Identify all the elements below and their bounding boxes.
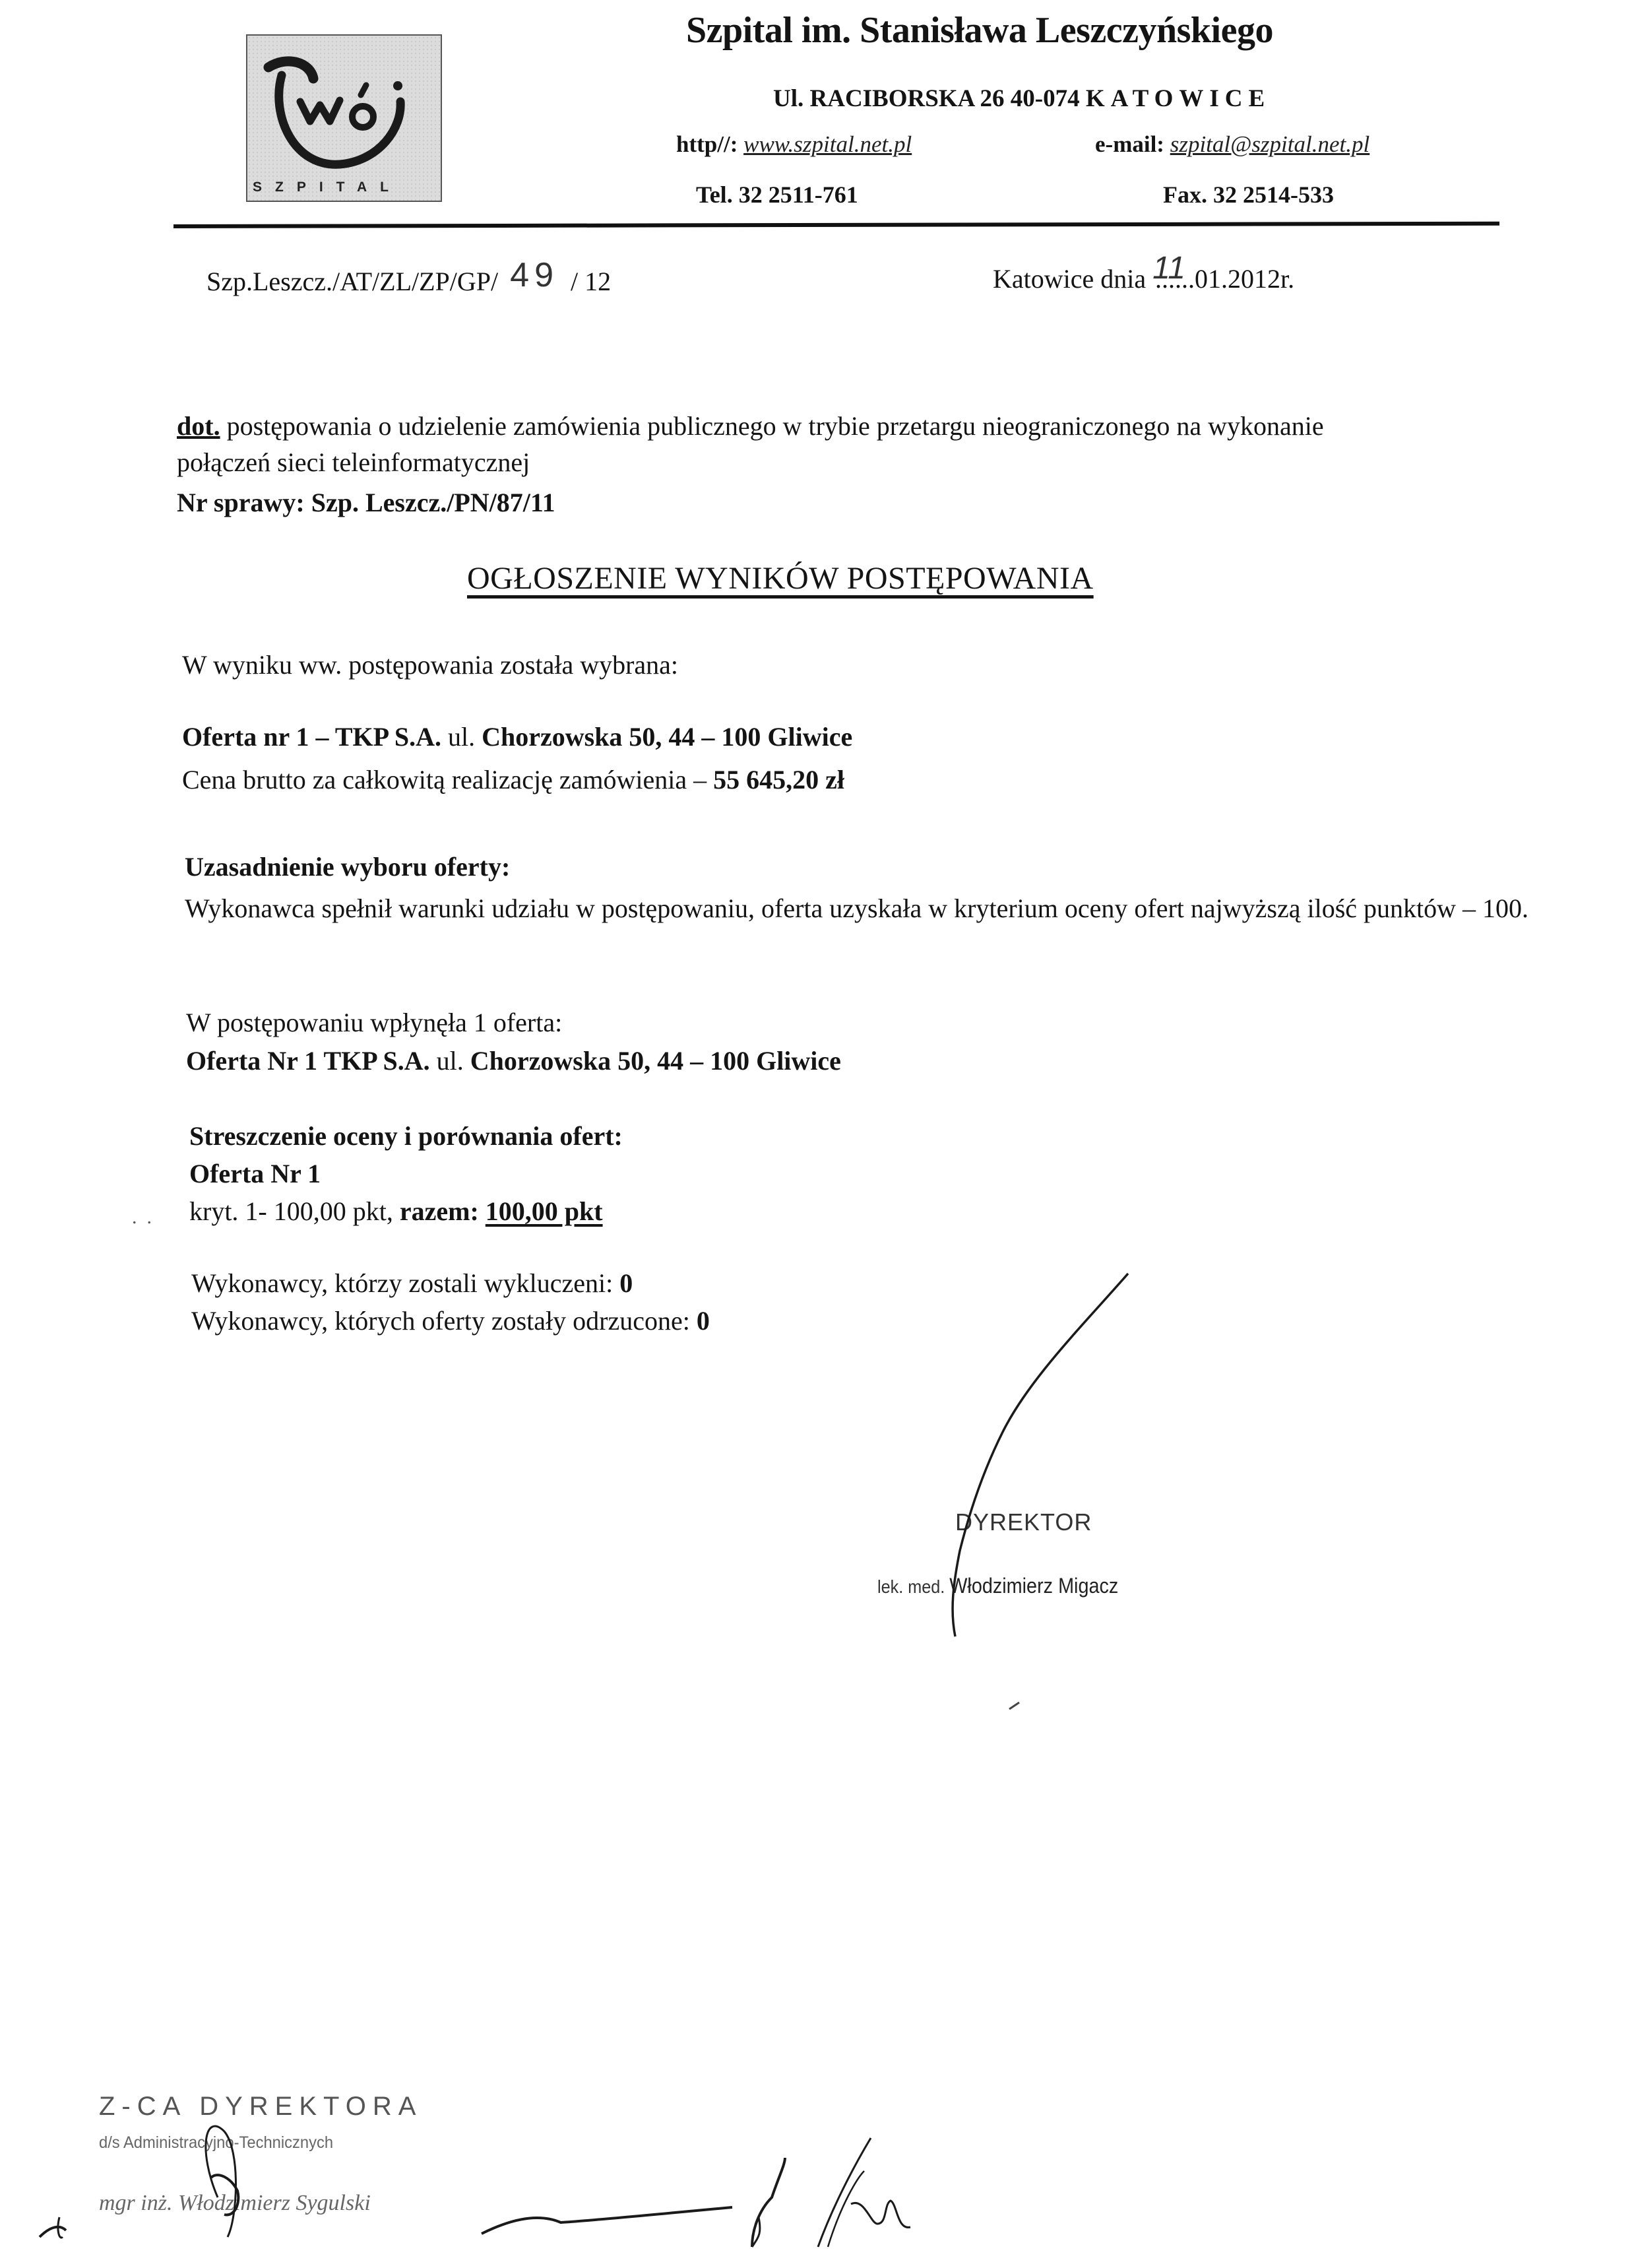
received-offer-street-prefix: ul. [437,1046,470,1076]
website-link[interactable]: www.szpital.net.pl [743,131,912,157]
subject-label: dot. [177,411,220,441]
result-intro: W wyniku ww. postępowania została wybran… [182,649,678,681]
document-date: Katowice dnia 11......01.2012r. [993,259,1294,296]
excluded-count: 0 [619,1268,633,1298]
selected-offer-name: Oferta nr 1 – TKP S.A. [182,722,448,752]
subject-text: postępowania o udzielenie zamówienia pub… [220,411,1324,441]
justification-text: Wykonawca spełnił warunki udziału w post… [185,888,1560,928]
received-offers-intro: W postępowaniu wpłynęła 1 oferta: [186,1007,562,1039]
price-label: Cena brutto za całkowitą realizację zamó… [182,765,713,794]
hospital-email: e-mail: szpital@szpital.net.pl [1095,131,1369,158]
hospital-address: Ul. RACIBORSKA 26 40-074 KATOWICE [773,84,1271,113]
summary-score: kryt. 1- 100,00 pkt, razem: 100,00 pkt [189,1196,603,1227]
subject-line-2: połączeń sieci teleinformatycznej [177,447,530,478]
total-value: 100,00 pkt [486,1196,603,1226]
rejected-label: Wykonawcy, których oferty zostały odrzuc… [191,1306,697,1336]
email-link[interactable]: szpital@szpital.net.pl [1170,131,1370,157]
deputy-stamp-title: Z-CA DYREKTORA [99,2092,422,2122]
case-number: Nr sprawy: Szp. Leszcz./PN/87/11 [177,487,555,519]
hospital-name: Szpital im. Stanisława Leszczyńskiego [686,9,1273,51]
date-prefix: Katowice dnia [993,264,1152,294]
selected-offer: Oferta nr 1 – TKP S.A. ul. Chorzowska 50… [182,721,852,753]
offer-price: Cena brutto za całkowitą realizację zamó… [182,764,844,796]
summary-heading: Streszczenie oceny i porównania ofert: [189,1120,623,1152]
excluded-contractors: Wykonawcy, którzy zostali wykluczeni: 0 [191,1268,633,1299]
deputy-stamp-department: d/s Administracyjno-Technicznych [99,2133,333,2153]
reference-number: Szp.Leszcz./AT/ZL/ZP/GP/49/ 12 [206,259,611,299]
handwritten-reference-number: 49 [510,256,559,294]
twoj-szpital-smile-icon [247,36,441,174]
justification-heading: Uzasadnienie wyboru oferty: [185,851,510,883]
website-label: http//: [676,131,743,157]
address-street: Ul. RACIBORSKA 26 40-074 [773,85,1086,112]
hospital-website: http//: www.szpital.net.pl [676,131,912,158]
hospital-logo: SZPITAL [246,34,442,202]
reference-suffix: / 12 [571,267,611,296]
address-city: KATOWICE [1086,85,1271,112]
total-label: razem: [400,1196,486,1226]
director-stamp-title: DYREKTOR [955,1508,1092,1536]
date-suffix: 01.2012r. [1195,264,1294,294]
email-label: e-mail: [1095,131,1170,157]
logo-wordmark: SZPITAL [253,179,435,195]
received-offer-address: Chorzowska 50, 44 – 100 Gliwice [470,1046,841,1076]
rejected-offers: Wykonawcy, których oferty zostały odrzuc… [191,1305,710,1337]
reference-prefix: Szp.Leszcz./AT/ZL/ZP/GP/ [206,267,498,296]
selected-offer-address: Chorzowska 50, 44 – 100 Gliwice [482,722,852,752]
document-title: OGŁOSZENIE WYNIKÓW POSTĘPOWANIA [467,560,1094,597]
criterion-score: kryt. 1- 100,00 pkt, [189,1196,400,1226]
rejected-count: 0 [697,1306,710,1336]
letterhead-divider [173,222,1499,228]
excluded-label: Wykonawcy, którzy zostali wykluczeni: [191,1268,619,1298]
subject-line-1: dot. postępowania o udzielenie zamówieni… [177,410,1605,442]
director-name: Włodzimierz Migacz [949,1574,1118,1598]
deputy-stamp-name: mgr inż. Włodzimierz Sygulski [99,2191,371,2216]
director-name-prefix: lek. med. [877,1576,949,1597]
director-stamp-name: lek. med. Włodzimierz Migacz [877,1574,1118,1598]
received-offer-name: Oferta Nr 1 TKP S.A. [186,1046,437,1076]
price-value: 55 645,20 zł [713,765,844,794]
selected-offer-street-prefix: ul. [448,722,482,752]
received-offer: Oferta Nr 1 TKP S.A. ul. Chorzowska 50, … [186,1045,841,1077]
summary-offer: Oferta Nr 1 [189,1158,321,1190]
margin-marks: . . [132,1206,152,1229]
hospital-phone: Tel. 32 2511-761 [696,181,858,209]
hospital-fax: Fax. 32 2514-533 [1163,181,1334,209]
handwritten-day: 11 [1152,251,1185,286]
